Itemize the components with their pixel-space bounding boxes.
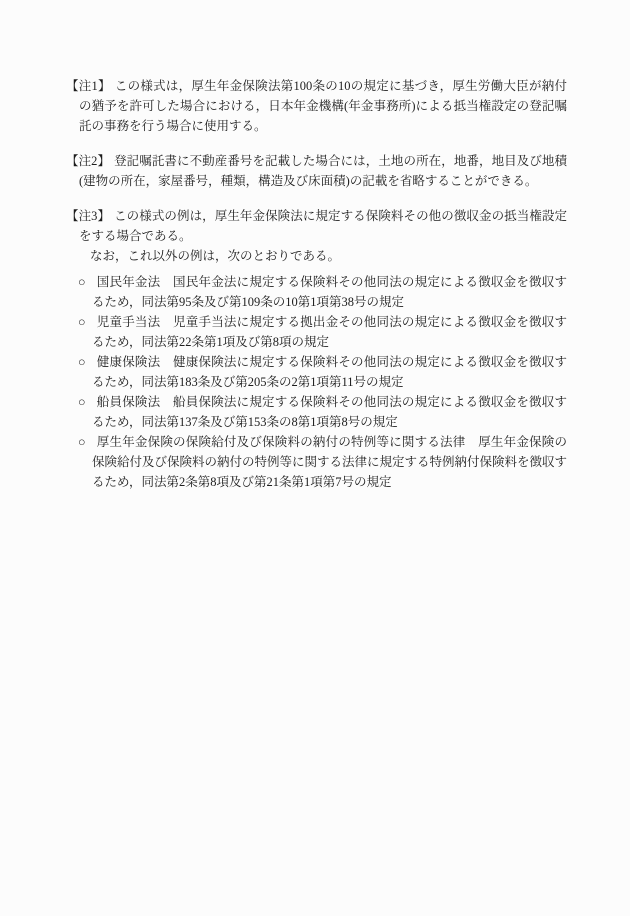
note-1-text: この様式は，厚生年金保険法第100条の10の規定に基づき，厚生労働大臣が納付の猶… xyxy=(79,79,567,133)
example-item-text: 船員保険法 船員保険法に規定する保険料その他同法の規定による徴収金を徴収するため… xyxy=(92,395,567,429)
circle-marker: ○ xyxy=(78,395,86,409)
note-3-text: この様式の例は，厚生年金保険法に規定する保険料その他の徴収金の抵当権設定をする場… xyxy=(79,209,567,243)
circle-marker: ○ xyxy=(78,435,86,449)
example-item-text: 児童手当法 児童手当法に規定する拠出金その他同法の規定による徴収金を徴収するため… xyxy=(92,315,567,349)
note-1: 【注1】この様式は，厚生年金保険法第100条の10の規定に基づき，厚生労働大臣が… xyxy=(66,76,567,136)
circle-marker: ○ xyxy=(78,275,86,289)
example-item-kenko-hoken: ○健康保険法 健康保険法に規定する保険料その他同法の規定による徴収金を徴収するた… xyxy=(66,352,567,392)
example-item-kokumin-nenkin: ○国民年金法 国民年金法に規定する保険料その他同法の規定による徴収金を徴収するた… xyxy=(66,272,567,312)
circle-marker: ○ xyxy=(78,315,86,329)
note-2-label: 【注2】 xyxy=(66,154,110,168)
note-2: 【注2】登記嘱託書に不動産番号を記載した場合には，土地の所在，地番，地目及び地積… xyxy=(66,151,567,191)
example-item-senin-hoken: ○船員保険法 船員保険法に規定する保険料その他同法の規定による徴収金を徴収するた… xyxy=(66,392,567,432)
note-2-text: 登記嘱託書に不動産番号を記載した場合には，土地の所在，地番，地目及び地積(建物の… xyxy=(79,154,567,188)
note-3-addendum: なお，これ以外の例は，次のとおりである。 xyxy=(66,246,567,266)
note-1-label: 【注1】 xyxy=(66,79,111,93)
notes-section: 【注1】この様式は，厚生年金保険法第100条の10の規定に基づき，厚生労働大臣が… xyxy=(66,76,567,492)
example-item-kosei-nenkin-tokurei: ○厚生年金保険の保険給付及び保険料の納付の特例等に関する法律 厚生年金保険の保険… xyxy=(66,432,567,492)
example-item-text: 健康保険法 健康保険法に規定する保険料その他同法の規定による徴収金を徴収するため… xyxy=(92,355,567,389)
document-page: 【注1】この様式は，厚生年金保険法第100条の10の規定に基づき，厚生労働大臣が… xyxy=(0,0,630,916)
example-item-text: 厚生年金保険の保険給付及び保険料の納付の特例等に関する法律 厚生年金保険の保険給… xyxy=(92,435,567,489)
note-3-label: 【注3】 xyxy=(66,209,110,223)
example-item-text: 国民年金法 国民年金法に規定する保険料その他同法の規定による徴収金を徴収するため… xyxy=(92,275,567,309)
note-3: 【注3】この様式の例は，厚生年金保険法に規定する保険料その他の徴収金の抵当権設定… xyxy=(66,206,567,246)
circle-marker: ○ xyxy=(78,355,86,369)
example-item-jido-teate: ○児童手当法 児童手当法に規定する拠出金その他同法の規定による徴収金を徴収するた… xyxy=(66,312,567,352)
example-list: ○国民年金法 国民年金法に規定する保険料その他同法の規定による徴収金を徴収するた… xyxy=(66,272,567,492)
